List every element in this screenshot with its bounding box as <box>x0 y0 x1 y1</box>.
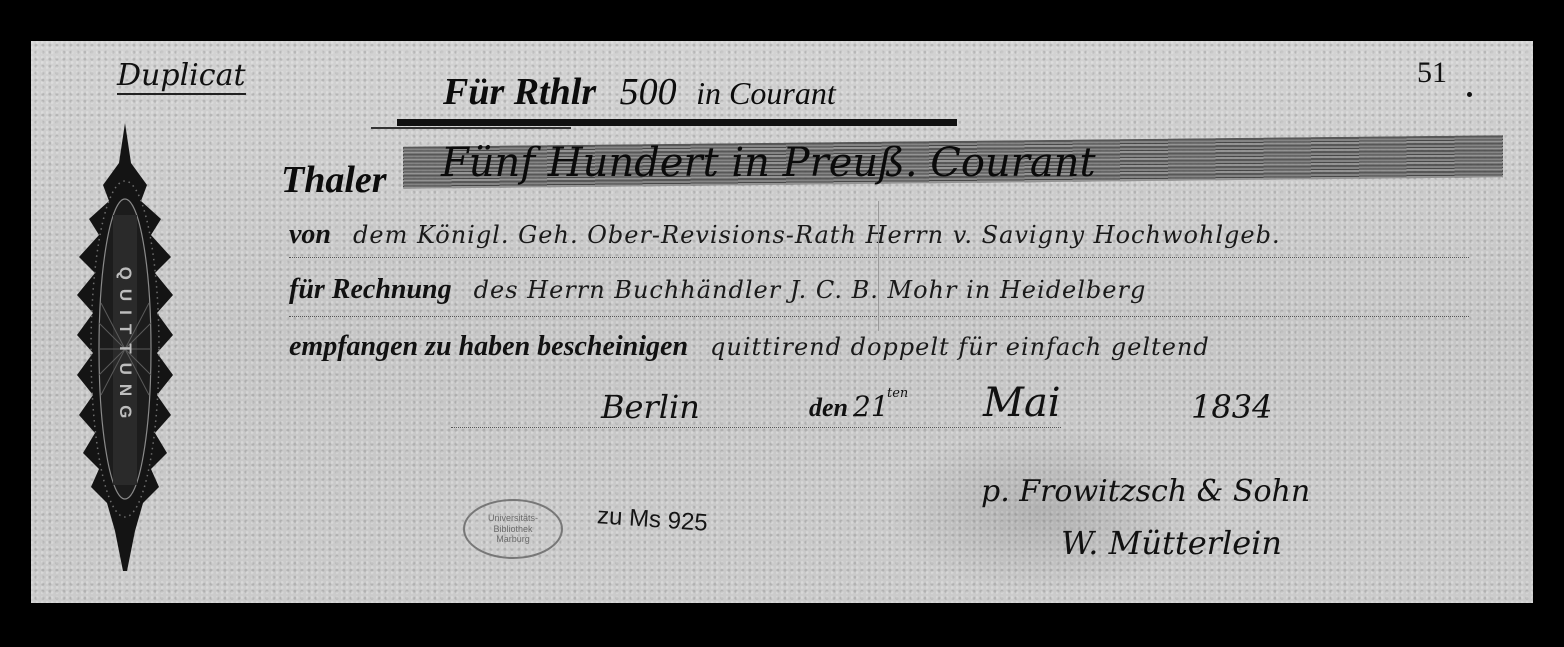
line-fuer-rechnung-written: des Herrn Buchhändler J. C. B. Mohr in H… <box>474 276 1147 304</box>
date-day-suffix: ten <box>887 387 908 400</box>
signature-firm: p. Frowitzsch & Sohn <box>981 477 1310 507</box>
receipt-paper: Duplicat 51 QUITTUNG Für Rthlr 500 in Co… <box>31 41 1533 603</box>
thaler-label: Thaler <box>281 161 387 199</box>
date-day: 21 <box>853 393 889 421</box>
date-month: Mai <box>983 383 1061 423</box>
line-fuer-rechnung: für Rechnung des Herrn Buchhändler J. C.… <box>289 274 1469 317</box>
date-place: Berlin <box>601 391 700 423</box>
amount-underline <box>397 119 957 126</box>
amount-currency: in Courant <box>696 75 836 111</box>
line-von-written: dem Königl. Geh. Ober-Revisions-Rath Her… <box>353 221 1281 249</box>
line-empfangen-printed: empfangen zu haben bescheinigen <box>289 331 688 362</box>
date-year: 1834 <box>1191 391 1272 423</box>
thaler-written-amount: Fünf Hundert in Preuß. Courant <box>441 143 1096 183</box>
line-empfangen: empfangen zu haben bescheinigen quittire… <box>289 331 1469 373</box>
library-stamp: Universitäts- Bibliothek Marburg <box>463 499 563 559</box>
archive-note: zu Ms 925 <box>596 502 708 538</box>
date-dotted-line <box>451 391 1061 428</box>
duplicat-label: Duplicat <box>117 61 246 95</box>
amount-value: 500 <box>620 71 677 113</box>
line-fuer-rechnung-printed: für Rechnung <box>289 274 452 305</box>
stamp-line-2: Bibliothek <box>493 524 532 534</box>
stamp-line-1: Universitäts- <box>488 513 538 523</box>
amount-header: Für Rthlr 500 in Courant <box>443 73 836 111</box>
fold-line <box>878 201 879 331</box>
emblem-title: QUITTUNG <box>115 267 135 428</box>
line-empfangen-written: quittirend doppelt für einfach geltend <box>710 333 1210 361</box>
stamp-line-3: Marburg <box>496 534 530 544</box>
quittung-emblem-icon: QUITTUNG <box>75 123 175 571</box>
amount-underline-thin <box>371 127 571 129</box>
amount-prefix: Für Rthlr <box>443 71 596 113</box>
date-den: den <box>809 395 848 421</box>
signature-name: W. Mütterlein <box>1061 527 1282 559</box>
page-number: 51 <box>1417 56 1447 90</box>
page-number-dot <box>1467 92 1472 97</box>
line-von: von dem Königl. Geh. Ober-Revisions-Rath… <box>289 219 1469 258</box>
line-von-printed: von <box>289 219 331 250</box>
